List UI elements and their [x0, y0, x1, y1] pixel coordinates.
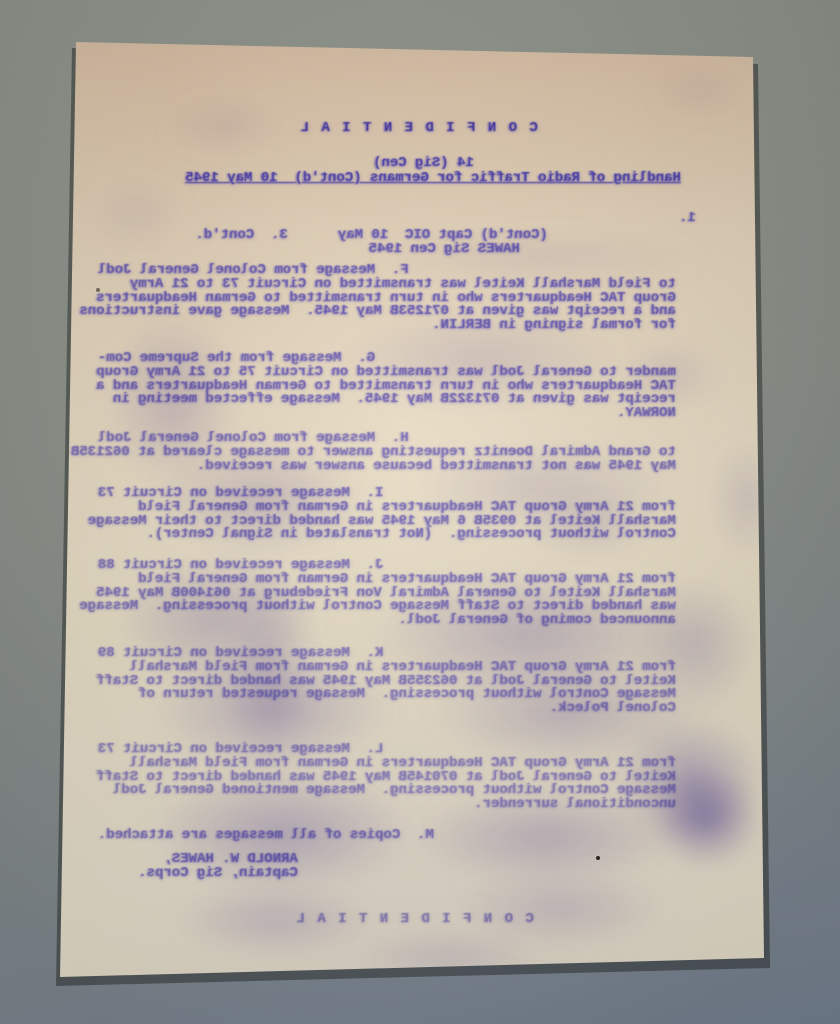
paragraph-G: G. Message from the Supreme Com-mander t…: [98, 352, 676, 421]
signature-title: Captain, Sig Corps.: [138, 867, 298, 881]
paragraph-F: F. Message from Colonel General Jodlto F…: [98, 264, 676, 333]
paragraph-line: for formal signing in BERLIN.: [98, 319, 676, 333]
photo-of-document: { "photo": { "description": "Photograph …: [0, 0, 840, 1024]
paragraph-line: Colonel Poleck.: [98, 702, 676, 716]
paragraph-line: receipt was given at 071322B May 1945. M…: [98, 393, 676, 407]
paragraph-line: Control without processing. (Not transla…: [98, 528, 676, 542]
paragraph-line: NORWAY.: [98, 407, 676, 421]
classification-banner-top: C O N F I D E N T I A L: [299, 122, 538, 136]
paragraph-line: M. Copies of all messages are attached.: [98, 829, 676, 843]
dirt-speck: [596, 856, 600, 860]
paragraph-M: M. Copies of all messages are attached.: [98, 829, 676, 843]
header-office-line: HAWES Sig Cen 1945: [369, 243, 520, 257]
header-section-number: 3. Cont'd.: [196, 229, 288, 243]
paragraph-I: I. Message received on Circuit 73from 21…: [98, 487, 676, 542]
paragraph-K: K. Message received on Circuit 89from 21…: [98, 647, 676, 716]
paragraph-line: unconditional surrender.: [98, 798, 676, 812]
classification-banner-bottom: C O N F I D E N T I A L: [295, 913, 534, 927]
document-paper: C O N F I D E N T I A L 14 (Sig Cen) Han…: [0, 0, 840, 1024]
mirrored-text-wrapper: C O N F I D E N T I A L 14 (Sig Cen) Han…: [60, 40, 766, 980]
paragraph-H: H. Message from Colonel General Jodlto G…: [98, 432, 676, 473]
dirt-speck: [96, 288, 100, 292]
reference-line: 14 (Sig Cen): [373, 157, 474, 171]
typewritten-text-layer: C O N F I D E N T I A L 14 (Sig Cen) Han…: [60, 40, 766, 980]
paragraph-line: May 1945 was not transmitted because ans…: [98, 460, 676, 474]
subject-line: Handling of Radio Traffic for Germans (C…: [185, 172, 681, 186]
signature-block: ARNOLD W. HAWES, Captain, Sig Corps.: [138, 853, 298, 881]
paragraph-L: L. Message received on Circuit 73from 21…: [98, 743, 676, 812]
paragraph-line: announced coming of General Jodl.: [98, 614, 676, 628]
paragraph-J: J. Message received on Circuit 88from 21…: [98, 559, 676, 628]
page-number: 1.: [679, 212, 696, 226]
